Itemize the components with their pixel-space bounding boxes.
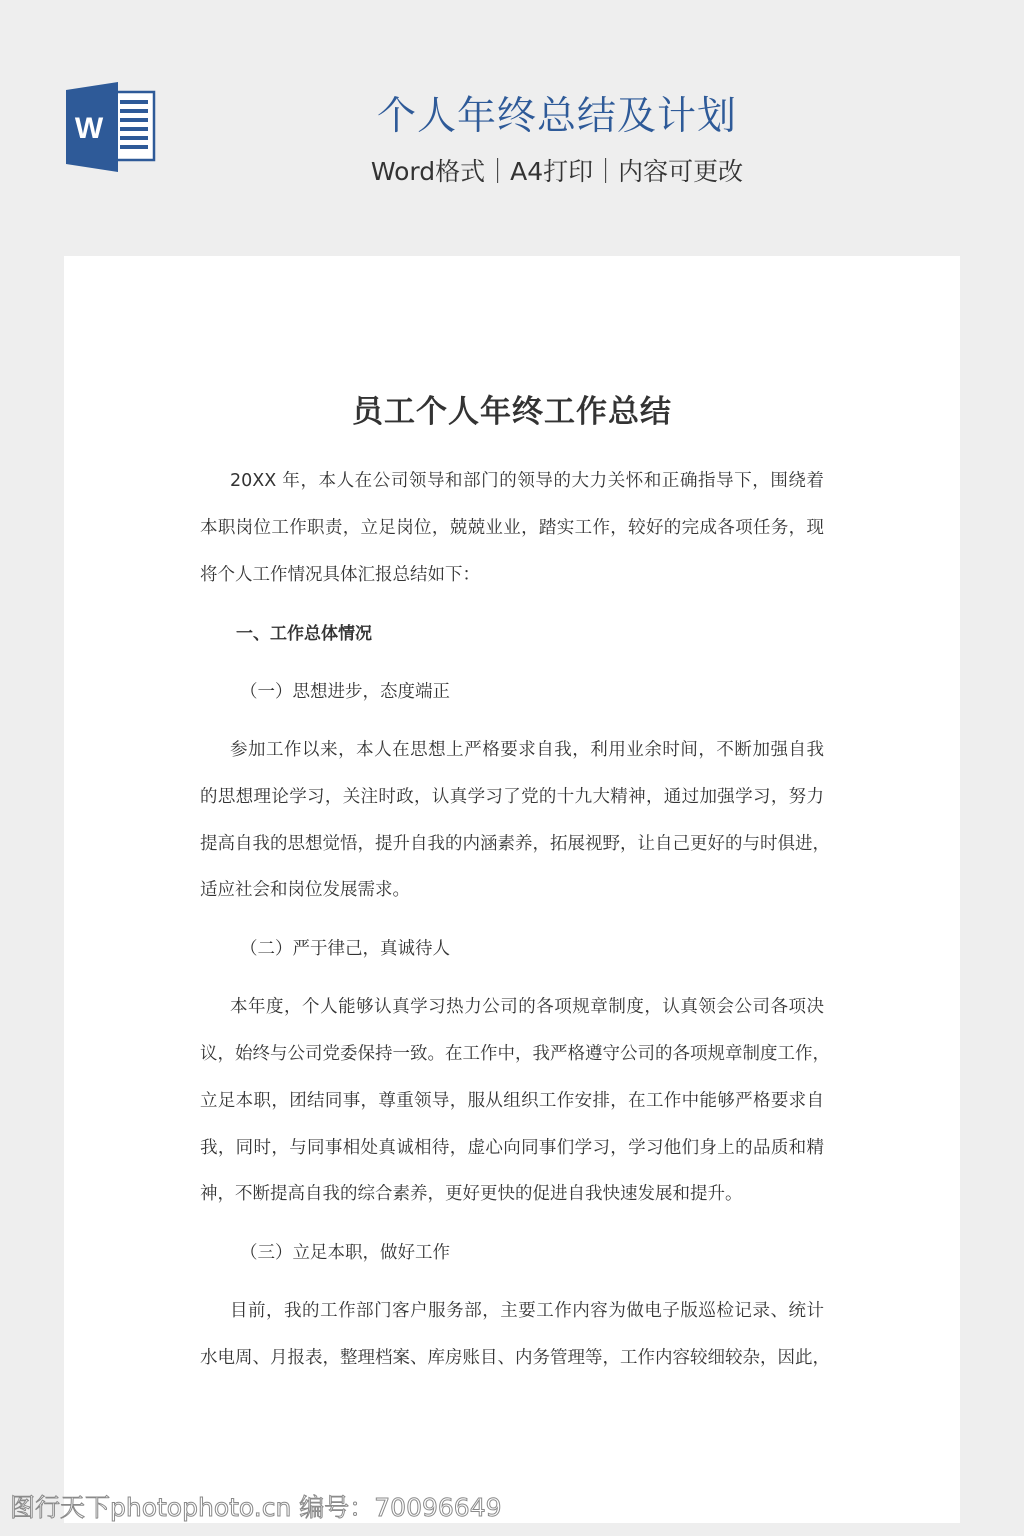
paragraph-line: 议，始终与公司党委保持一致。在工作中，我严格遵守公司的各项规章制度工作， — [200, 1042, 824, 1066]
paragraph-line: 适应社会和岗位发展需求。 — [200, 878, 824, 902]
paragraph-line: 神，不断提高自我的综合素养，更好更快的促进自我快速发展和提升。 — [200, 1182, 824, 1206]
paragraph-line: 提高自我的思想觉悟，提升自我的内涵素养，拓展视野，让自己更好的与时俱进， — [200, 832, 824, 856]
paragraph-line: 目前，我的工作部门客户服务部，主要工作内容为做电子版巡检记录、统计 — [230, 1299, 824, 1323]
paragraph-line: 的思想理论学习，关注时政，认真学习了党的十九大精神，通过加强学习，努力 — [200, 785, 824, 809]
paragraph-line: 参加工作以来，本人在思想上严格要求自我，利用业余时间，不断加强自我 — [230, 738, 824, 762]
section-heading: 一、工作总体情况 — [236, 622, 372, 646]
subsection-heading: （三）立足本职，做好工作 — [240, 1241, 450, 1265]
svg-text:W: W — [75, 112, 104, 145]
document-page: 员工个人年终工作总结 20XX 年，本人在公司领导和部门的领导的大力关怀和正确指… — [64, 256, 960, 1523]
intro-line: 20XX 年，本人在公司领导和部门的领导的大力关怀和正确指导下，围绕着 — [230, 469, 824, 493]
watermark: 图行天下photophoto.cn 编号：70096649 — [10, 1493, 502, 1523]
header-subtitle: Word格式｜A4打印｜内容可更改 — [300, 152, 814, 192]
subsection-heading: （一）思想进步，态度端正 — [240, 680, 450, 704]
paragraph-line: 水电周、月报表，整理档案、库房账目、内务管理等，工作内容较细较杂，因此， — [200, 1346, 824, 1370]
paragraph-line: 本年度，个人能够认真学习热力公司的各项规章制度，认真领会公司各项决 — [230, 995, 824, 1019]
document-title: 员工个人年终工作总结 — [64, 392, 960, 432]
intro-line: 本职岗位工作职责，立足岗位，兢兢业业，踏实工作，较好的完成各项任务，现 — [200, 516, 824, 540]
header-title: 个人年终总结及计划 — [300, 92, 814, 142]
word-document-icon: W — [64, 82, 156, 172]
intro-line: 将个人工作情况具体汇报总结如下： — [200, 563, 824, 587]
subsection-heading: （二）严于律己，真诚待人 — [240, 937, 450, 961]
paragraph-line: 我，同时，与同事相处真诚相待，虚心向同事们学习，学习他们身上的品质和精 — [200, 1136, 824, 1160]
paragraph-line: 立足本职，团结同事，尊重领导，服从组织工作安排，在工作中能够严格要求自 — [200, 1089, 824, 1113]
